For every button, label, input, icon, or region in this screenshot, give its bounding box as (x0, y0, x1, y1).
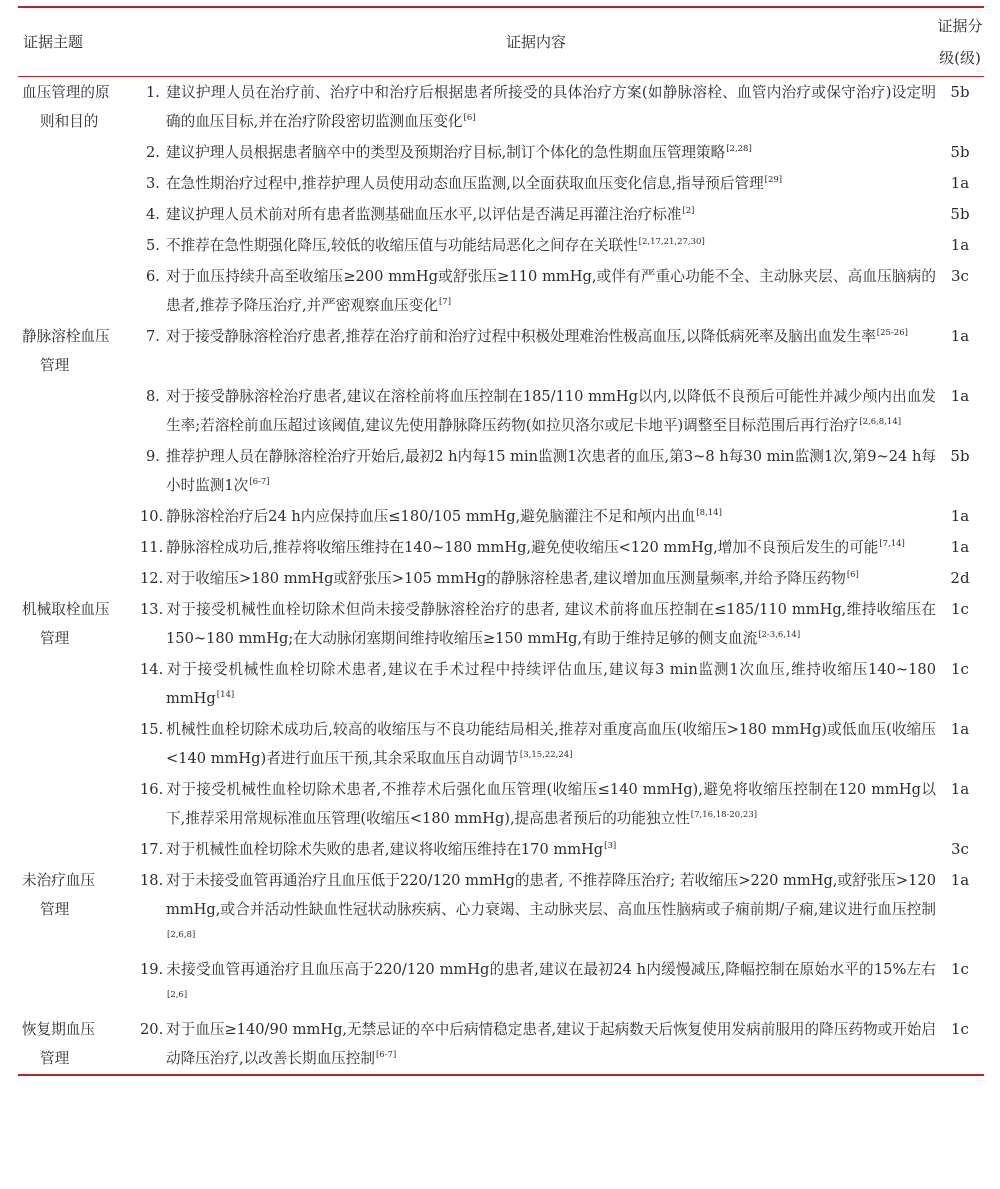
grade-cell: 5b (936, 77, 984, 138)
item-text: 未接受血管再通治疗且血压高于220/120 mmHg的患者,建议在最初24 h内… (166, 961, 936, 978)
item-number: 10. (140, 502, 166, 531)
table-row: 12.对于收缩压>180 mmHg或舒张压>105 mmHg的静脉溶栓患者,建议… (18, 563, 984, 594)
evidence-item: 8.对于接受静脉溶栓治疗患者,建议在溶栓前将血压控制在185/110 mmHg以… (140, 382, 936, 440)
topic-cell (18, 774, 136, 834)
table-row: 4.建议护理人员术前对所有患者监测基础血压水平,以评估是否满足再灌注治疗标准[2… (18, 199, 984, 230)
evidence-item: 2.建议护理人员根据患者脑卒中的类型及预期治疗目标,制订个体化的急性期血压管理策… (140, 138, 936, 167)
table-row: 19.未接受血管再通治疗且血压高于220/120 mmHg的患者,建议在最初24… (18, 954, 984, 1014)
item-number: 14. (140, 655, 166, 684)
evidence-item: 10.静脉溶栓治疗后24 h内应保持血压≤180/105 mmHg,避免脑灌注不… (140, 502, 936, 531)
topic-cell: 未治疗血压管理 (18, 865, 136, 954)
table-row: 恢复期血压管理20.对于血压≥140/90 mmHg,无禁忌证的卒中后病情稳定患… (18, 1014, 984, 1075)
item-text: 机械性血栓切除术成功后,较高的收缩压与不良功能结局相关,推荐对重度高血压(收缩压… (166, 721, 936, 767)
reference-citation: [7,14] (879, 539, 905, 549)
reference-citation: [6] (847, 570, 859, 580)
content-cell: 15.机械性血栓切除术成功后,较高的收缩压与不良功能结局相关,推荐对重度高血压(… (136, 714, 936, 774)
item-text: 不推荐在急性期强化降压,较低的收缩压值与功能结局恶化之间存在关联性 (166, 237, 638, 254)
content-cell: 17.对于机械性血栓切除术失败的患者,建议将收缩压维持在170 mmHg[3] (136, 834, 936, 865)
reference-citation: [6-7] (249, 477, 269, 487)
item-text: 在急性期治疗过程中,推荐护理人员使用动态血压监测,以全面获取血压变化信息,指导预… (166, 175, 764, 192)
grade-cell: 3c (936, 834, 984, 865)
item-text: 静脉溶栓治疗后24 h内应保持血压≤180/105 mmHg,避免脑灌注不足和颅… (166, 508, 695, 525)
evidence-item: 14.对于接受机械性血栓切除术患者,建议在手术过程中持续评估血压,建议每3 mi… (140, 655, 936, 713)
item-text: 建议护理人员在治疗前、治疗中和治疗后根据患者所接受的具体治疗方案(如静脉溶栓、血… (166, 84, 936, 130)
item-text: 对于血压≥140/90 mmHg,无禁忌证的卒中后病情稳定患者,建议于起病数天后… (166, 1021, 936, 1067)
evidence-table-container: 证据主题 证据内容 证据分 级(级) 血压管理的原则和目的1.建议护理人员在治疗… (18, 6, 984, 1076)
table-body: 血压管理的原则和目的1.建议护理人员在治疗前、治疗中和治疗后根据患者所接受的具体… (18, 77, 984, 1076)
grade-cell: 1a (936, 501, 984, 532)
item-text: 对于未接受血管再通治疗且血压低于220/120 mmHg的患者, 不推荐降压治疗… (166, 872, 936, 918)
grade-cell: 1c (936, 654, 984, 714)
item-text: 静脉溶栓成功后,推荐将收缩压维持在140~180 mmHg,避免使收缩压<120… (166, 539, 878, 556)
item-number: 2. (146, 138, 166, 167)
topic-line2: 管理 (22, 624, 134, 653)
content-cell: 7.对于接受静脉溶栓治疗患者,推荐在治疗前和治疗过程中积极处理难治性极高血压,以… (136, 321, 936, 381)
topic-cell (18, 381, 136, 441)
content-cell: 16.对于接受机械性血栓切除术患者,不推荐术后强化血压管理(收缩压≤140 mm… (136, 774, 936, 834)
evidence-item: 11.静脉溶栓成功后,推荐将收缩压维持在140~180 mmHg,避免使收缩压<… (140, 533, 936, 562)
item-text: 对于血压持续升高至收缩压≥200 mmHg或舒张压≥110 mmHg,或伴有严重… (166, 268, 936, 314)
content-cell: 13.对于接受机械性血栓切除术但尚未接受静脉溶栓治疗的患者, 建议术前将血压控制… (136, 594, 936, 654)
item-number: 13. (140, 595, 166, 624)
topic-cell (18, 532, 136, 563)
evidence-item: 15.机械性血栓切除术成功后,较高的收缩压与不良功能结局相关,推荐对重度高血压(… (140, 715, 936, 773)
item-text: 对于接受机械性血栓切除术患者,建议在手术过程中持续评估血压,建议每3 min监测… (166, 661, 936, 707)
table-header-row: 证据主题 证据内容 证据分 级(级) (18, 7, 984, 77)
table-row: 3.在急性期治疗过程中,推荐护理人员使用动态血压监测,以全面获取血压变化信息,指… (18, 168, 984, 199)
grade-cell: 3c (936, 261, 984, 321)
table-row: 8.对于接受静脉溶栓治疗患者,建议在溶栓前将血压控制在185/110 mmHg以… (18, 381, 984, 441)
table-row: 未治疗血压管理18.对于未接受血管再通治疗且血压低于220/120 mmHg的患… (18, 865, 984, 954)
evidence-item: 7.对于接受静脉溶栓治疗患者,推荐在治疗前和治疗过程中积极处理难治性极高血压,以… (140, 322, 936, 351)
content-cell: 1.建议护理人员在治疗前、治疗中和治疗后根据患者所接受的具体治疗方案(如静脉溶栓… (136, 77, 936, 138)
header-content: 证据内容 (136, 7, 936, 77)
table-row: 15.机械性血栓切除术成功后,较高的收缩压与不良功能结局相关,推荐对重度高血压(… (18, 714, 984, 774)
content-cell: 5.不推荐在急性期强化降压,较低的收缩压值与功能结局恶化之间存在关联性[2,17… (136, 230, 936, 261)
reference-citation: [2] (682, 206, 694, 216)
reference-citation: [3,15,22,24] (520, 750, 573, 760)
reference-citation: [2,6,8,14] (859, 417, 901, 427)
evidence-item: 16.对于接受机械性血栓切除术患者,不推荐术后强化血压管理(收缩压≤140 mm… (140, 775, 936, 833)
topic-cell (18, 168, 136, 199)
item-number: 17. (140, 835, 166, 864)
evidence-item: 18.对于未接受血管再通治疗且血压低于220/120 mmHg的患者, 不推荐降… (140, 866, 936, 953)
evidence-item: 3.在急性期治疗过程中,推荐护理人员使用动态血压监测,以全面获取血压变化信息,指… (140, 169, 936, 198)
header-grade-line2: 级(级) (939, 49, 981, 67)
item-text: 对于收缩压>180 mmHg或舒张压>105 mmHg的静脉溶栓患者,建议增加血… (166, 570, 846, 587)
evidence-item: 9.推荐护理人员在静脉溶栓治疗开始后,最初2 h内每15 min监测1次患者的血… (140, 442, 936, 500)
topic-cell: 血压管理的原则和目的 (18, 77, 136, 138)
table-row: 5.不推荐在急性期强化降压,较低的收缩压值与功能结局恶化之间存在关联性[2,17… (18, 230, 984, 261)
reference-citation: [25-26] (877, 328, 908, 338)
item-text: 对于接受机械性血栓切除术但尚未接受静脉溶栓治疗的患者, 建议术前将血压控制在≤1… (166, 601, 936, 647)
header-grade-line1: 证据分 (937, 17, 982, 35)
item-number: 20. (140, 1015, 166, 1044)
reference-citation: [14] (217, 690, 234, 700)
item-number: 15. (140, 715, 166, 744)
grade-cell: 1c (936, 594, 984, 654)
item-text: 对于接受机械性血栓切除术患者,不推荐术后强化血压管理(收缩压≤140 mmHg)… (166, 781, 936, 827)
content-cell: 14.对于接受机械性血栓切除术患者,建议在手术过程中持续评估血压,建议每3 mi… (136, 654, 936, 714)
item-text: 对于接受静脉溶栓治疗患者,推荐在治疗前和治疗过程中积极处理难治性极高血压,以降低… (166, 328, 876, 345)
content-cell: 20.对于血压≥140/90 mmHg,无禁忌证的卒中后病情稳定患者,建议于起病… (136, 1014, 936, 1075)
evidence-item: 12.对于收缩压>180 mmHg或舒张压>105 mmHg的静脉溶栓患者,建议… (140, 564, 936, 593)
topic-line1: 未治疗血压 (22, 866, 134, 895)
topic-cell (18, 654, 136, 714)
content-cell: 12.对于收缩压>180 mmHg或舒张压>105 mmHg的静脉溶栓患者,建议… (136, 563, 936, 594)
topic-line2: 管理 (22, 1044, 134, 1073)
reference-citation: [2-3,6,14] (758, 630, 800, 640)
grade-cell: 1a (936, 714, 984, 774)
item-text: 建议护理人员根据患者脑卒中的类型及预期治疗目标,制订个体化的急性期血压管理策略 (166, 144, 725, 161)
item-text: 推荐护理人员在静脉溶栓治疗开始后,最初2 h内每15 min监测1次患者的血压,… (166, 448, 936, 494)
evidence-item: 17.对于机械性血栓切除术失败的患者,建议将收缩压维持在170 mmHg[3] (140, 835, 936, 864)
evidence-item: 5.不推荐在急性期强化降压,较低的收缩压值与功能结局恶化之间存在关联性[2,17… (140, 231, 936, 260)
table-row: 17.对于机械性血栓切除术失败的患者,建议将收缩压维持在170 mmHg[3]3… (18, 834, 984, 865)
topic-cell (18, 954, 136, 1014)
content-cell: 4.建议护理人员术前对所有患者监测基础血压水平,以评估是否满足再灌注治疗标准[2… (136, 199, 936, 230)
reference-citation: [2,28] (726, 144, 752, 154)
evidence-item: 1.建议护理人员在治疗前、治疗中和治疗后根据患者所接受的具体治疗方案(如静脉溶栓… (140, 78, 936, 136)
item-number: 8. (146, 382, 166, 411)
topic-cell (18, 834, 136, 865)
header-topic: 证据主题 (18, 7, 136, 77)
item-text: 对于机械性血栓切除术失败的患者,建议将收缩压维持在170 mmHg (166, 841, 603, 858)
topic-cell: 机械取栓血压管理 (18, 594, 136, 654)
evidence-item: 13.对于接受机械性血栓切除术但尚未接受静脉溶栓治疗的患者, 建议术前将血压控制… (140, 595, 936, 653)
content-cell: 9.推荐护理人员在静脉溶栓治疗开始后,最初2 h内每15 min监测1次患者的血… (136, 441, 936, 501)
evidence-table: 证据主题 证据内容 证据分 级(级) 血压管理的原则和目的1.建议护理人员在治疗… (18, 6, 984, 1076)
grade-cell: 1a (936, 230, 984, 261)
table-row: 血压管理的原则和目的1.建议护理人员在治疗前、治疗中和治疗后根据患者所接受的具体… (18, 77, 984, 138)
topic-cell (18, 199, 136, 230)
item-text: 建议护理人员术前对所有患者监测基础血压水平,以评估是否满足再灌注治疗标准 (166, 206, 681, 223)
evidence-item: 6.对于血压持续升高至收缩压≥200 mmHg或舒张压≥110 mmHg,或伴有… (140, 262, 936, 320)
item-number: 4. (146, 200, 166, 229)
evidence-item: 19.未接受血管再通治疗且血压高于220/120 mmHg的患者,建议在最初24… (140, 955, 936, 1013)
topic-line1: 血压管理的原 (22, 78, 134, 107)
reference-citation: [6] (464, 113, 476, 123)
table-row: 6.对于血压持续升高至收缩压≥200 mmHg或舒张压≥110 mmHg,或伴有… (18, 261, 984, 321)
content-cell: 6.对于血压持续升高至收缩压≥200 mmHg或舒张压≥110 mmHg,或伴有… (136, 261, 936, 321)
item-number: 12. (140, 564, 166, 593)
evidence-item: 20.对于血压≥140/90 mmHg,无禁忌证的卒中后病情稳定患者,建议于起病… (140, 1015, 936, 1073)
item-number: 18. (140, 866, 166, 895)
reference-citation: [7] (439, 297, 451, 307)
item-number: 19. (140, 955, 166, 984)
content-cell: 19.未接受血管再通治疗且血压高于220/120 mmHg的患者,建议在最初24… (136, 954, 936, 1014)
reference-citation: [2,6,8] (167, 930, 195, 940)
topic-cell (18, 563, 136, 594)
grade-cell: 1a (936, 381, 984, 441)
evidence-item: 4.建议护理人员术前对所有患者监测基础血压水平,以评估是否满足再灌注治疗标准[2… (140, 200, 936, 229)
table-row: 9.推荐护理人员在静脉溶栓治疗开始后,最初2 h内每15 min监测1次患者的血… (18, 441, 984, 501)
grade-cell: 5b (936, 441, 984, 501)
grade-cell: 1c (936, 1014, 984, 1075)
item-text: 对于接受静脉溶栓治疗患者,建议在溶栓前将血压控制在185/110 mmHg以内,… (166, 388, 936, 434)
item-number: 16. (140, 775, 166, 804)
topic-cell (18, 714, 136, 774)
topic-line1: 机械取栓血压 (22, 595, 134, 624)
item-number: 6. (146, 262, 166, 291)
topic-line2: 则和目的 (22, 107, 134, 136)
table-row: 机械取栓血压管理13.对于接受机械性血栓切除术但尚未接受静脉溶栓治疗的患者, 建… (18, 594, 984, 654)
grade-cell: 5b (936, 199, 984, 230)
content-cell: 11.静脉溶栓成功后,推荐将收缩压维持在140~180 mmHg,避免使收缩压<… (136, 532, 936, 563)
grade-cell: 1a (936, 321, 984, 381)
reference-citation: [6-7] (376, 1050, 396, 1060)
item-number: 9. (146, 442, 166, 471)
item-number: 1. (146, 78, 166, 107)
content-cell: 10.静脉溶栓治疗后24 h内应保持血压≤180/105 mmHg,避免脑灌注不… (136, 501, 936, 532)
table-row: 静脉溶栓血压管理7.对于接受静脉溶栓治疗患者,推荐在治疗前和治疗过程中积极处理难… (18, 321, 984, 381)
topic-cell (18, 137, 136, 168)
topic-cell (18, 441, 136, 501)
reference-citation: [8,14] (696, 508, 722, 518)
reference-citation: [7,16,18-20,23] (691, 810, 757, 820)
item-number: 5. (146, 231, 166, 260)
item-number: 3. (146, 169, 166, 198)
content-cell: 3.在急性期治疗过程中,推荐护理人员使用动态血压监测,以全面获取血压变化信息,指… (136, 168, 936, 199)
table-row: 10.静脉溶栓治疗后24 h内应保持血压≤180/105 mmHg,避免脑灌注不… (18, 501, 984, 532)
topic-cell (18, 230, 136, 261)
grade-cell: 2d (936, 563, 984, 594)
topic-cell: 静脉溶栓血压管理 (18, 321, 136, 381)
table-row: 11.静脉溶栓成功后,推荐将收缩压维持在140~180 mmHg,避免使收缩压<… (18, 532, 984, 563)
reference-citation: [3] (604, 841, 616, 851)
table-row: 2.建议护理人员根据患者脑卒中的类型及预期治疗目标,制订个体化的急性期血压管理策… (18, 137, 984, 168)
grade-cell: 1a (936, 532, 984, 563)
grade-cell: 1a (936, 774, 984, 834)
content-cell: 8.对于接受静脉溶栓治疗患者,建议在溶栓前将血压控制在185/110 mmHg以… (136, 381, 936, 441)
topic-line1: 恢复期血压 (22, 1015, 134, 1044)
header-grade: 证据分 级(级) (936, 7, 984, 77)
topic-line1: 静脉溶栓血压 (22, 322, 134, 351)
reference-citation: [2,17,21,27,30] (639, 237, 705, 247)
item-number: 7. (146, 322, 166, 351)
item-number: 11. (140, 533, 166, 562)
grade-cell: 1a (936, 865, 984, 954)
grade-cell: 1c (936, 954, 984, 1014)
table-row: 16.对于接受机械性血栓切除术患者,不推荐术后强化血压管理(收缩压≤140 mm… (18, 774, 984, 834)
topic-cell: 恢复期血压管理 (18, 1014, 136, 1075)
grade-cell: 1a (936, 168, 984, 199)
topic-line2: 管理 (22, 895, 134, 924)
content-cell: 2.建议护理人员根据患者脑卒中的类型及预期治疗目标,制订个体化的急性期血压管理策… (136, 137, 936, 168)
content-cell: 18.对于未接受血管再通治疗且血压低于220/120 mmHg的患者, 不推荐降… (136, 865, 936, 954)
reference-citation: [2,6] (167, 990, 187, 1000)
topic-cell (18, 261, 136, 321)
reference-citation: [29] (765, 175, 782, 185)
grade-cell: 5b (936, 137, 984, 168)
table-row: 14.对于接受机械性血栓切除术患者,建议在手术过程中持续评估血压,建议每3 mi… (18, 654, 984, 714)
topic-line2: 管理 (22, 351, 134, 380)
topic-cell (18, 501, 136, 532)
